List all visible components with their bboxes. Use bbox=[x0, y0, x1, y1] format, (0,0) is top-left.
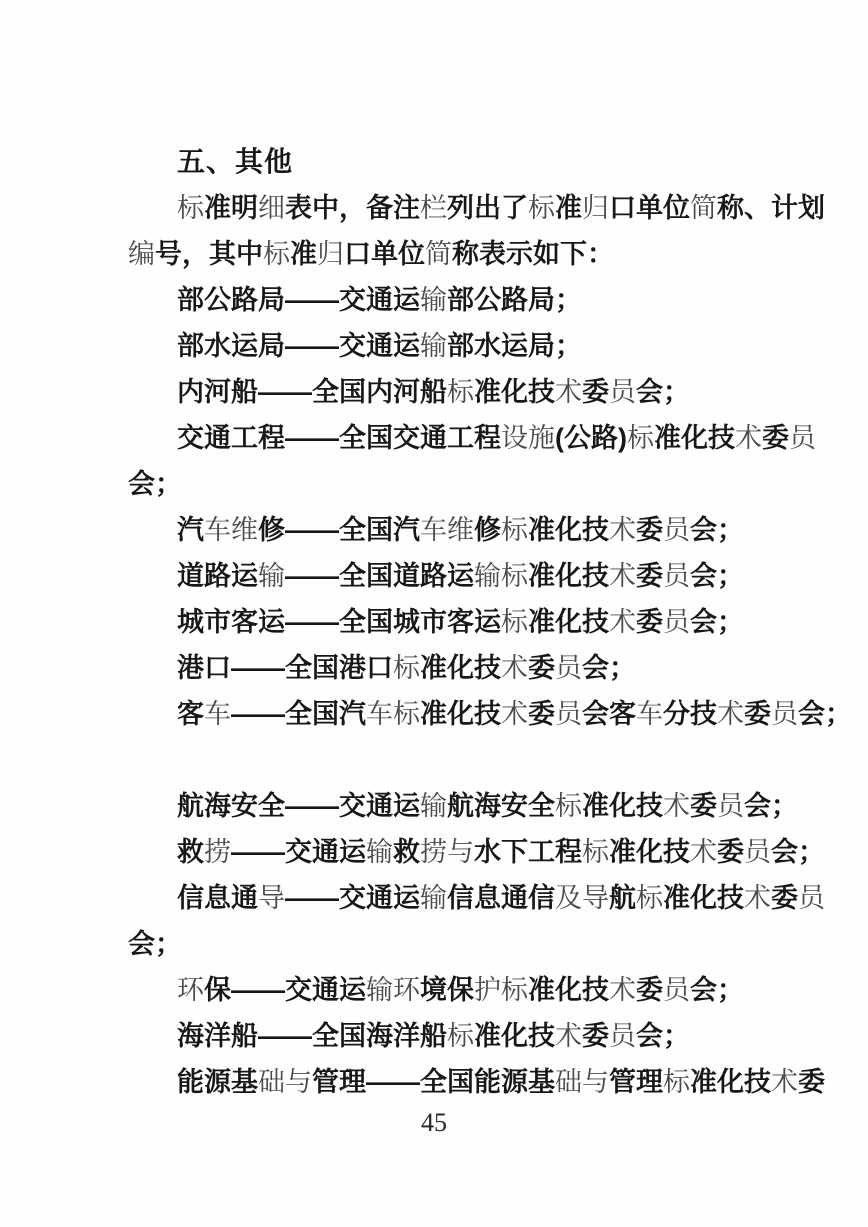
text-line: 部水运局——交通运输部水运局； bbox=[128, 323, 844, 369]
document-page: 五、其他 标准明细表中，备注栏列出了标准归口单位简称、计划编号，其中标准归口单位… bbox=[0, 0, 868, 1227]
text-line: 救捞——交通运输救捞与水下工程标准化技术委员会； bbox=[128, 829, 844, 875]
document-content: 五、其他 标准明细表中，备注栏列出了标准归口单位简称、计划编号，其中标准归口单位… bbox=[128, 139, 844, 1105]
text-line: 标准明细表中，备注栏列出了标准归口单位简称、计划 bbox=[128, 185, 844, 231]
text-line: 编号，其中标准归口单位简称表示如下： bbox=[128, 231, 844, 277]
text-line: 海洋船——全国海洋船标准化技术委员会； bbox=[128, 1013, 844, 1059]
text-line: 信息通导——交通运输信息通信及导航标准化技术委员 bbox=[128, 875, 844, 921]
blank-line bbox=[128, 737, 844, 783]
text-line: 汽车维修——全国汽车维修标准化技术委员会； bbox=[128, 507, 844, 553]
page-number: 45 bbox=[0, 1108, 868, 1138]
section-heading: 五、其他 bbox=[128, 139, 844, 185]
text-line: 能源基础与管理——全国能源基础与管理标准化技术委 bbox=[128, 1059, 844, 1105]
text-line: 交通工程——全国交通工程设施(公路)标准化技术委员 bbox=[128, 415, 844, 461]
text-line: 部公路局——交通运输部公路局； bbox=[128, 277, 844, 323]
document-body: 标准明细表中，备注栏列出了标准归口单位简称、计划编号，其中标准归口单位简称表示如… bbox=[128, 185, 844, 1105]
text-line: 环保——交通运输环境保护标准化技术委员会； bbox=[128, 967, 844, 1013]
text-line: 会； bbox=[128, 921, 844, 967]
text-line: 道路运输——全国道路运输标准化技术委员会； bbox=[128, 553, 844, 599]
text-line: 航海安全——交通运输航海安全标准化技术委员会； bbox=[128, 783, 844, 829]
text-line: 客车——全国汽车标准化技术委员会客车分技术委员会； bbox=[128, 691, 844, 737]
text-line: 港口——全国港口标准化技术委员会； bbox=[128, 645, 844, 691]
text-line: 内河船——全国内河船标准化技术委员会； bbox=[128, 369, 844, 415]
text-line: 城市客运——全国城市客运标准化技术委员会； bbox=[128, 599, 844, 645]
text-line: 会； bbox=[128, 461, 844, 507]
